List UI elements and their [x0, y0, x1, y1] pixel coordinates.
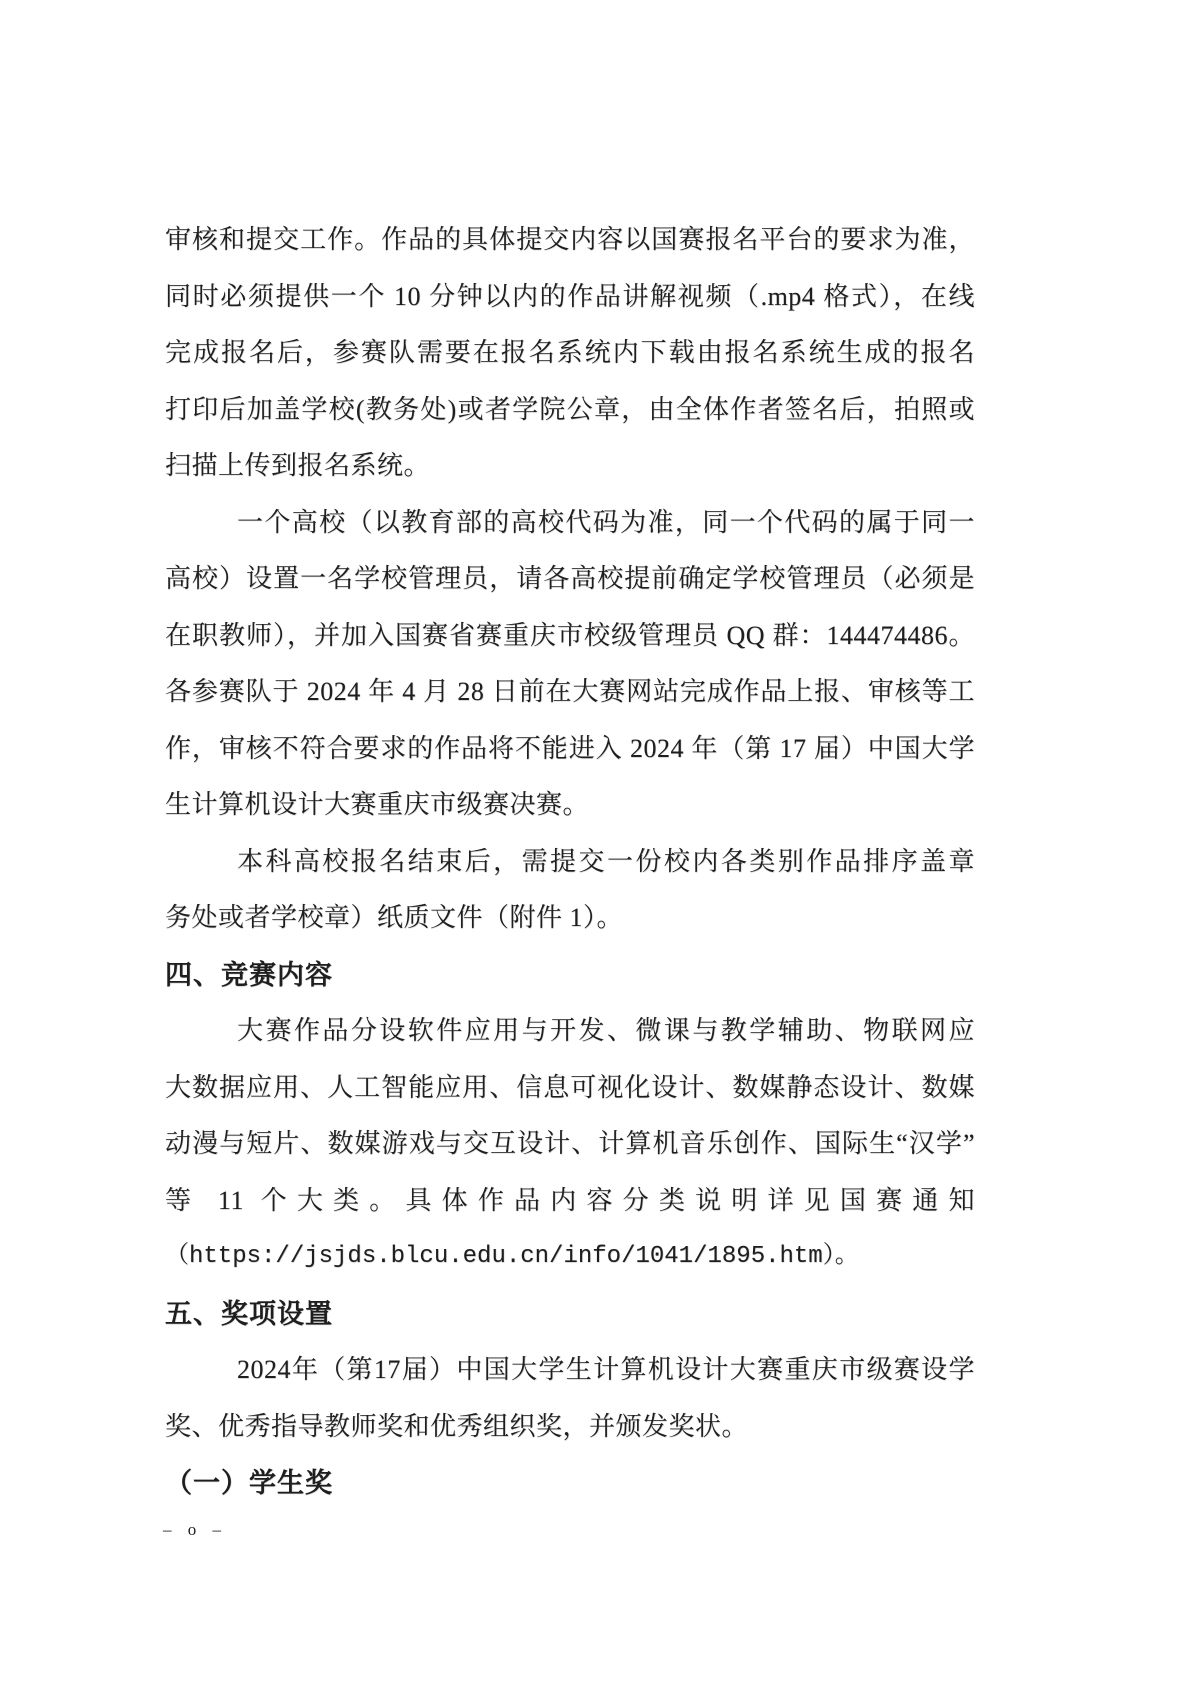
url-line: （https://jsjds.blcu.edu.cn/info/1041/189…	[165, 1229, 975, 1286]
page-number-footer: – o –	[163, 1502, 227, 1558]
text-line: 等 11 个大类。具体作品内容分类说明详见国赛通知	[165, 1173, 975, 1230]
text-line: 生计算机设计大赛重庆市级赛决赛。	[165, 777, 975, 834]
text-line: 务处或者学校章）纸质文件（附件 1）。	[165, 890, 975, 947]
text-line: 高校）设置一名学校管理员，请各高校提前确定学校管理员（必须是	[165, 551, 975, 608]
text-line: 动漫与短片、数媒游戏与交互设计、计算机音乐创作、国际生“汉学”	[165, 1116, 975, 1173]
text-line: 审核和提交工作。作品的具体提交内容以国赛报名平台的要求为准，	[165, 212, 975, 269]
section-heading: 四、竞赛内容	[165, 947, 975, 1004]
text-line: 扫描上传到报名系统。	[165, 438, 975, 495]
section-heading: （一）学生奖	[165, 1455, 975, 1512]
text-line: 各参赛队于 2024 年 4 月 28 日前在大赛网站完成作品上报、审核等工	[165, 664, 975, 721]
text-line: 完成报名后，参赛队需要在报名系统内下载由报名系统生成的报名表，	[165, 325, 975, 382]
text-line: 打印后加盖学校(教务处)或者学院公章，由全体作者签名后，拍照或	[165, 382, 975, 439]
section-heading: 五、奖项设置	[165, 1286, 975, 1343]
text-line: 作，审核不符合要求的作品将不能进入 2024 年（第 17 届）中国大学	[165, 721, 975, 778]
text-line: 奖、优秀指导教师奖和优秀组织奖，并颁发奖状。	[165, 1399, 975, 1456]
text-line: 本科高校报名结束后，需提交一份校内各类别作品排序盖章（教	[165, 834, 975, 891]
text-line: 一个高校（以教育部的高校代码为准，同一个代码的属于同一个	[165, 495, 975, 552]
text-line: 同时必须提供一个 10 分钟以内的作品讲解视频（.mp4 格式），在线	[165, 269, 975, 326]
document-page: 审核和提交工作。作品的具体提交内容以国赛报名平台的要求为准，同时必须提供一个 1…	[0, 0, 1191, 1684]
text-line: 2024年（第17届）中国大学生计算机设计大赛重庆市级赛设学生	[165, 1342, 975, 1399]
text-line: 大数据应用、人工智能应用、信息可视化设计、数媒静态设计、数媒	[165, 1060, 975, 1117]
document-body: 审核和提交工作。作品的具体提交内容以国赛报名平台的要求为准，同时必须提供一个 1…	[165, 212, 975, 1512]
text-line: 大赛作品分设软件应用与开发、微课与教学辅助、物联网应用、	[165, 1003, 975, 1060]
text-line: 在职教师），并加入国赛省赛重庆市校级管理员 QQ 群：144474486。	[165, 608, 975, 665]
